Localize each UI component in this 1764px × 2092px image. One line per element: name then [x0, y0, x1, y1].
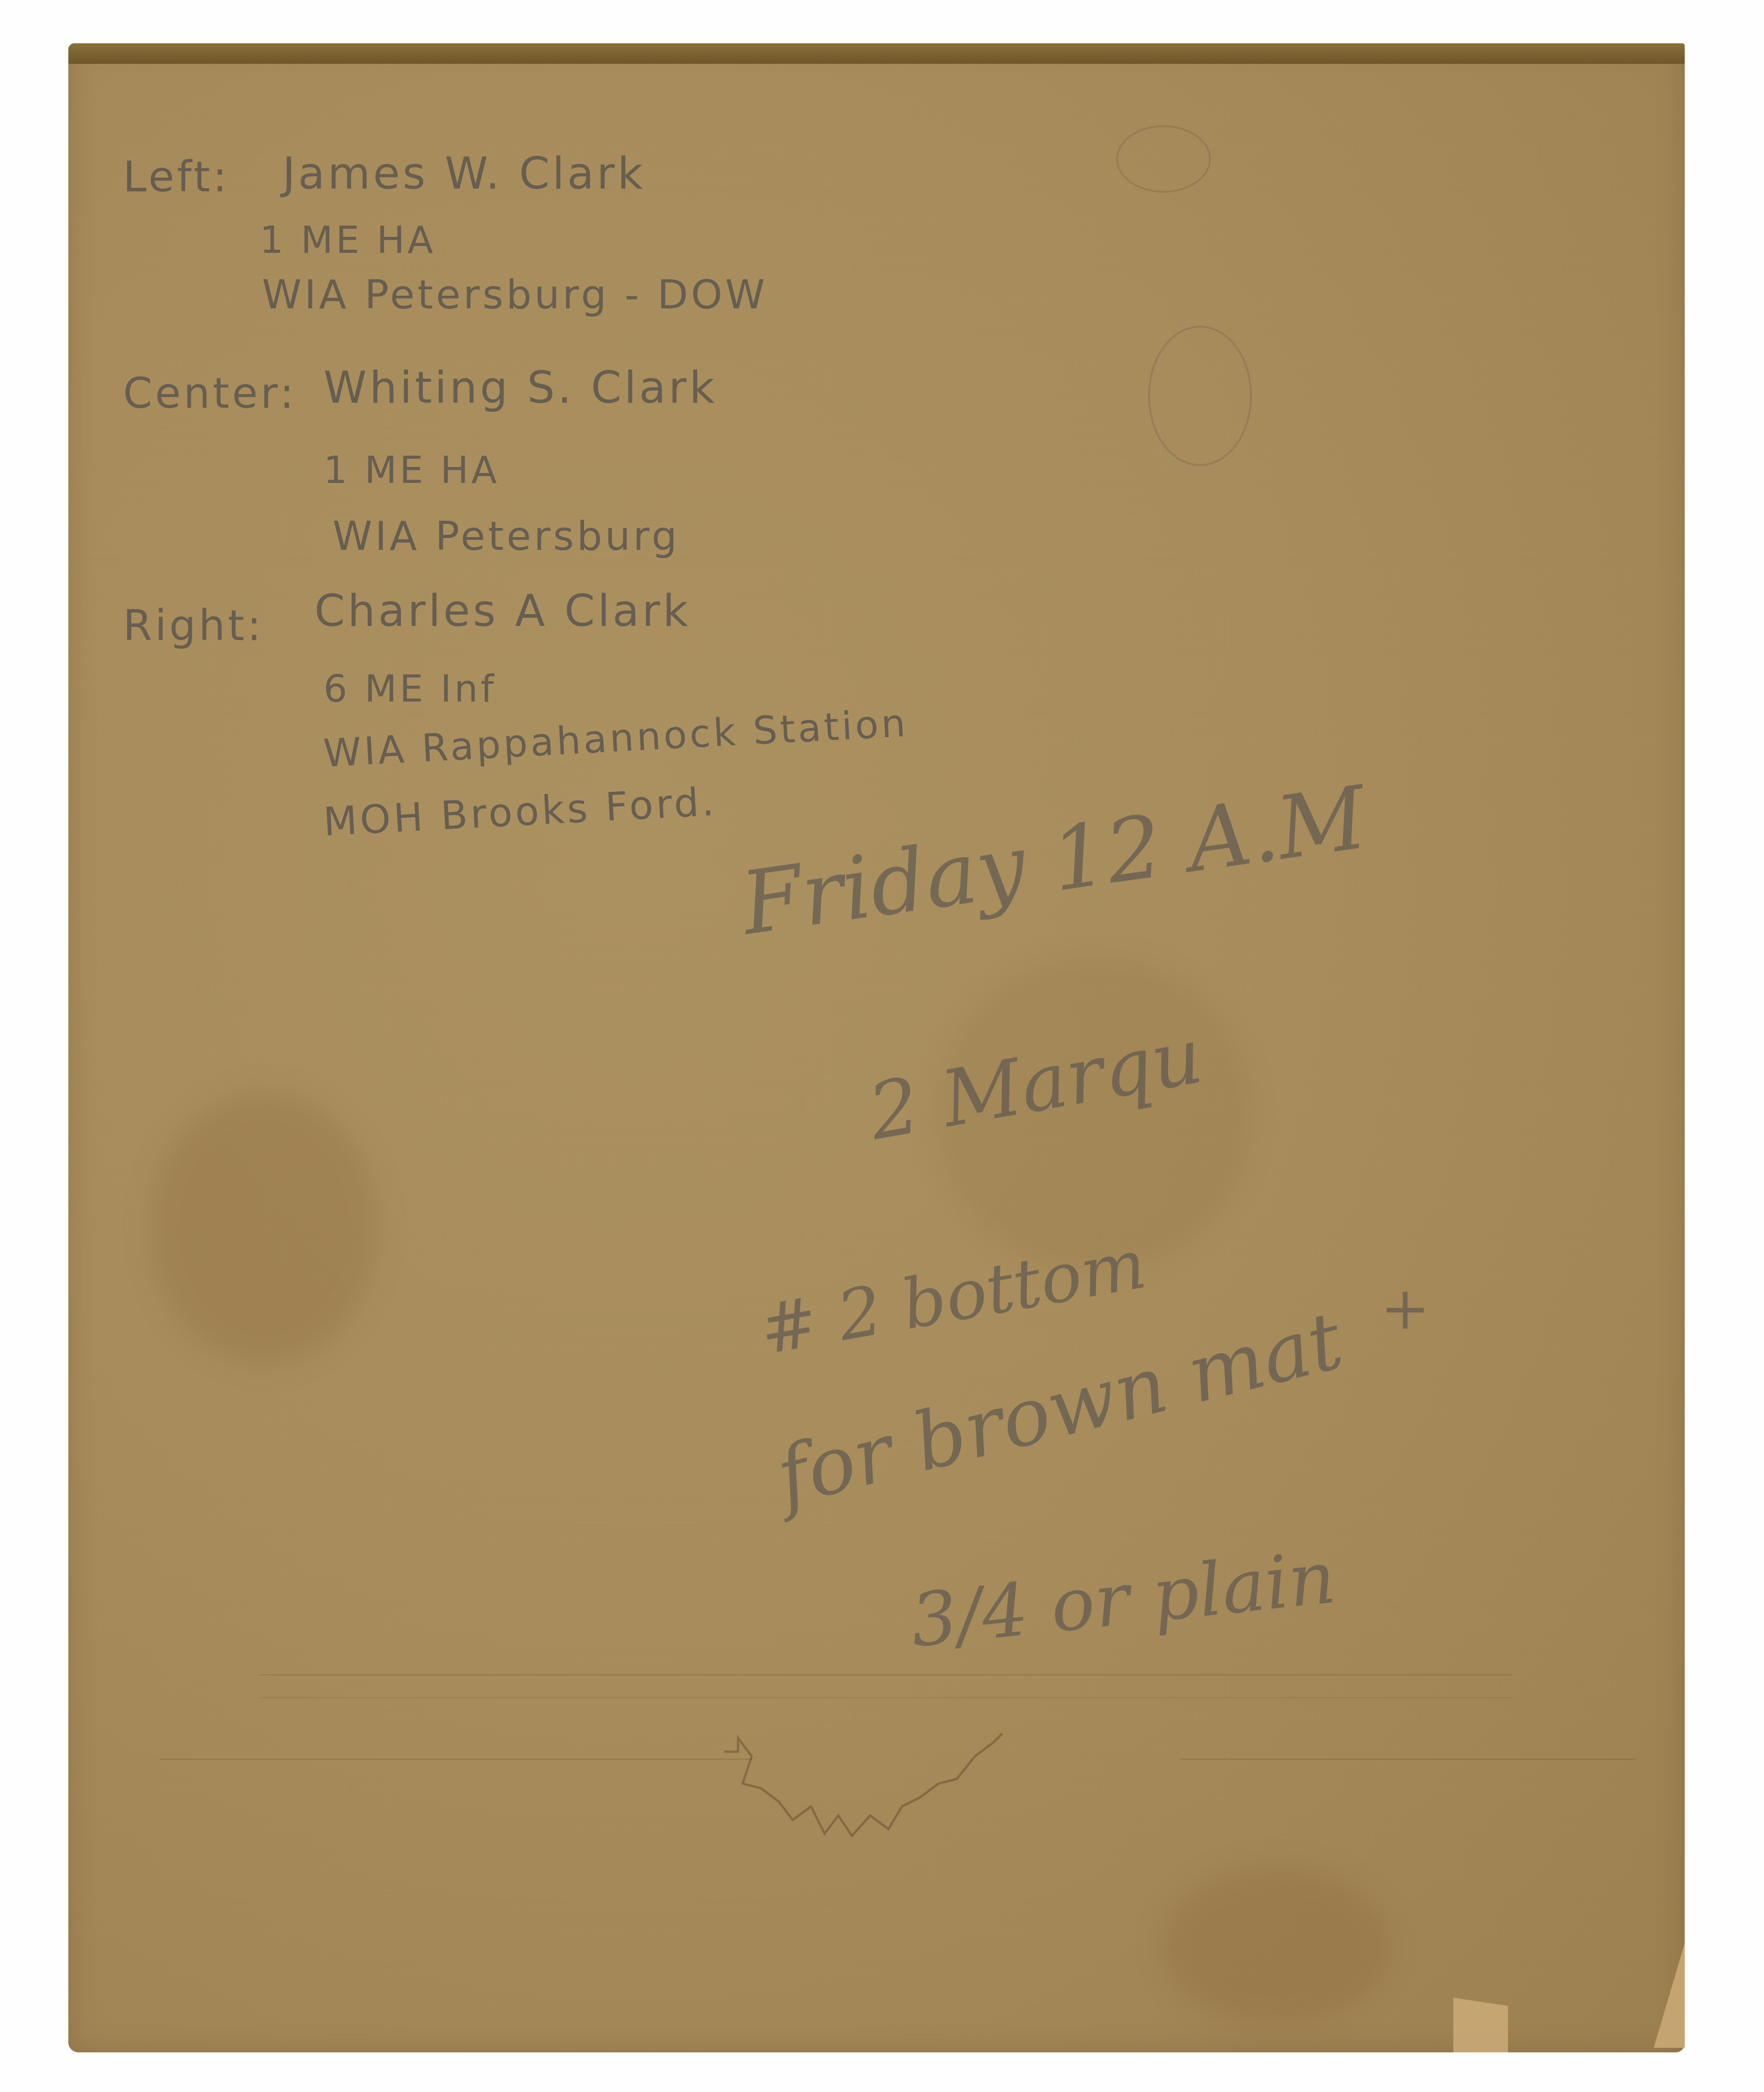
position-label: Left: [123, 153, 230, 201]
age-stain [150, 1091, 378, 1364]
unit: 1 ME HA [323, 449, 500, 492]
position-label: Right: [123, 601, 264, 650]
card-back: Left: James W. Clark 1 ME HA WIA Petersb… [68, 43, 1685, 2052]
emboss-frame-line [260, 1697, 1513, 1698]
faint-pencil-mark [1148, 326, 1252, 466]
unit: 1 ME HA [260, 219, 436, 262]
person-name: James W. Clark [282, 148, 646, 199]
medal-note: MOH Brooks Ford. [322, 779, 718, 845]
faint-pencil-mark [1116, 125, 1211, 193]
emboss-frame-line [260, 1674, 1513, 1676]
torn-paper-patch [1453, 1998, 1508, 2052]
service-note: WIA Rappahannock Station [322, 701, 909, 776]
card-top-edge [68, 43, 1685, 64]
service-note: WIA Petersburg - DOW [262, 271, 768, 318]
note-plus: + [1380, 1273, 1430, 1343]
position-label: Center: [123, 369, 297, 418]
note-plain: 3/4 or plain [907, 1534, 1339, 1664]
note-day-time: Friday 12 A.M [736, 767, 1373, 954]
unit: 6 ME Inf [323, 667, 497, 711]
torn-paper-patch [1654, 1943, 1685, 2048]
emboss-frame-line [1180, 1759, 1636, 1760]
note-bottom: # 2 bottom [754, 1225, 1152, 1370]
person-name: Whiting S. Clark [323, 362, 718, 413]
emboss-frame-line [159, 1759, 752, 1760]
age-stain [1162, 1866, 1390, 2025]
service-note: WIA Petersburg [333, 513, 680, 559]
person-name: Charles A Clark [314, 585, 691, 636]
embossed-ornament [720, 1729, 1039, 1847]
